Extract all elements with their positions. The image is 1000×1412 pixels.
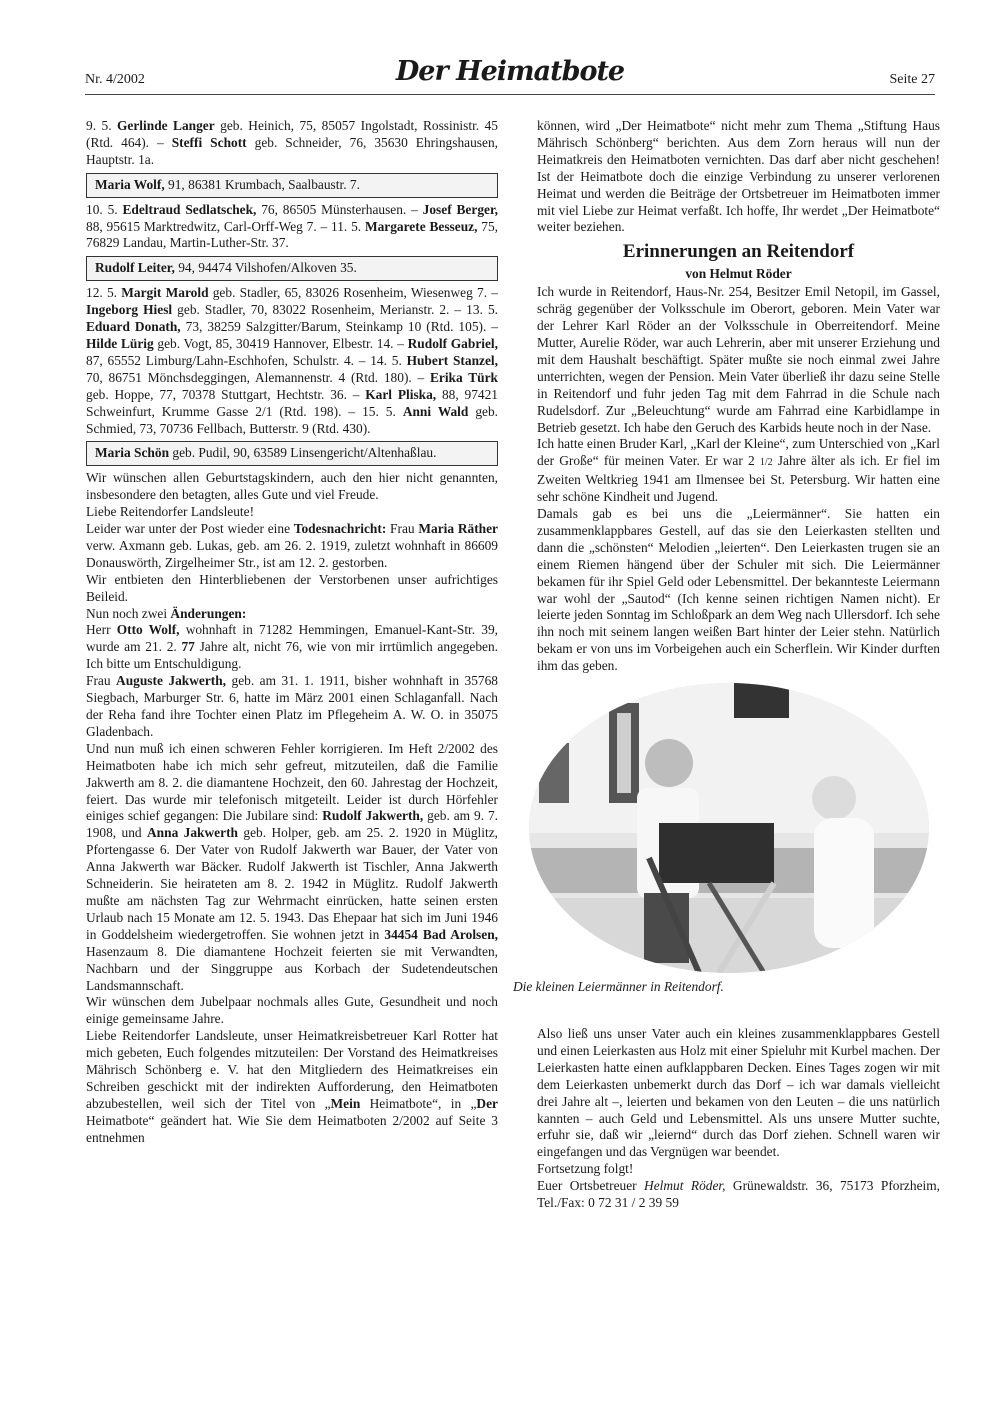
children-barrel-organ-photo-icon [529, 683, 929, 973]
article-title: Erinnerungen an Reitendorf [537, 241, 940, 263]
article-paragraph: Ich wurde in Reitendorf, Haus-Nr. 254, B… [537, 284, 940, 436]
right-column: können, wird „Der Heimatbote“ nicht mehr… [537, 118, 940, 1212]
change-auguste-jakwerth: Frau Auguste Jakwerth, geb. am 31. 1. 19… [86, 673, 498, 741]
masthead-title: Der Heimatbote [396, 56, 624, 87]
highlight-box: Rudolf Leiter, 94, 94474 Vilshofen/Alkov… [86, 256, 498, 281]
change-otto-wolf: Herr Otto Wolf, wohnhaft in 71282 Hemmin… [86, 622, 498, 673]
page-header: Nr. 4/2002 Der Heimatbote Seite 27 [85, 56, 935, 96]
condolence: Wir entbieten den Hinterbliebenen der Ve… [86, 572, 498, 606]
wishes-paragraph: Wir wünschen allen Geburtstagskindern, a… [86, 470, 498, 504]
correction-paragraph: Und nun muß ich einen schweren Fehler ko… [86, 741, 498, 995]
photo-caption: Die kleinen Leiermänner in Reitendorf. [513, 979, 940, 996]
oval-photo [529, 683, 929, 973]
title-change-paragraph: Liebe Reitendorfer Landsleute, unser Hei… [86, 1028, 498, 1146]
birthday-entry: 12. 5. Margit Marold geb. Stadler, 65, 8… [86, 285, 498, 437]
photo-figure [517, 683, 937, 973]
highlight-box: Maria Schön geb. Pudil, 90, 63589 Linsen… [86, 441, 498, 466]
left-column: 9. 5. Gerlinde Langer geb. Heinich, 75, … [86, 118, 498, 1147]
article-paragraph: Ich hatte einen Bruder Karl, „Karl der K… [537, 436, 940, 506]
jubilee-wish: Wir wünschen dem Jubelpaar nochmals alle… [86, 994, 498, 1028]
article-paragraph: Damals gab es bei uns die „Leiermänner“.… [537, 506, 940, 675]
changes-heading: Nun noch zwei Änderungen: [86, 606, 498, 623]
highlight-box: Maria Wolf, 91, 86381 Krumbach, Saalbaus… [86, 173, 498, 198]
article-byline: von Helmut Röder [537, 266, 940, 283]
birthday-entry: 10. 5. Edeltraud Sedlatschek, 76, 86505 … [86, 202, 498, 253]
death-notice: Leider war unter der Post wieder eine To… [86, 521, 498, 572]
header-rule [85, 94, 935, 95]
continuation-paragraph: können, wird „Der Heimatbote“ nicht mehr… [537, 118, 940, 236]
greeting: Liebe Reitendorfer Landsleute! [86, 504, 498, 521]
author-signature: Euer Ortsbetreuer Helmut Röder, Grünewal… [537, 1178, 940, 1212]
to-be-continued: Fortsetzung folgt! [537, 1161, 940, 1178]
page-number: Seite 27 [890, 72, 936, 88]
article-paragraph: Also ließ uns unser Vater auch ein klein… [537, 1026, 940, 1161]
birthday-entry: 9. 5. Gerlinde Langer geb. Heinich, 75, … [86, 118, 498, 169]
issue-number: Nr. 4/2002 [85, 72, 145, 88]
